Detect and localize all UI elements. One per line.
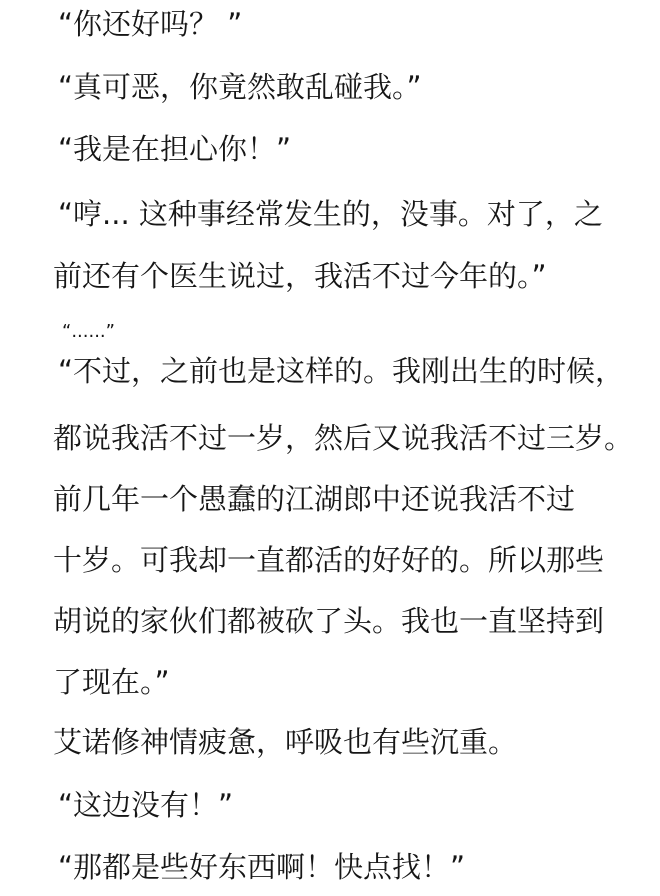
dialogue-line-4: “哼... 这种事经常发生的，没事。对了，之 [58, 196, 603, 232]
ellipsis-line: “......” [62, 322, 115, 342]
dialogue-line-5: 前还有个医生说过，我活不过今年的。” [53, 258, 547, 294]
document-page: “你还好吗？ ” “真可恶，你竟然敢乱碰我。” “我是在担心你！” “哼... … [0, 0, 660, 896]
dialogue-line-9: 十岁。可我却一直都活的好好的。所以那些 [53, 542, 604, 578]
dialogue-line-12: “这边没有！” [58, 787, 233, 823]
dialogue-line-7: 都说我活不过一岁，然后又说我活不过三岁。 [53, 420, 633, 456]
dialogue-line-11: 了现在。” [53, 664, 170, 700]
narration-line: 艾诺修神情疲惫，呼吸也有些沉重。 [53, 724, 517, 760]
dialogue-line-6: “不过，之前也是这样的。我刚出生的时候， [58, 353, 624, 389]
dialogue-line-3: “我是在担心你！” [58, 131, 291, 167]
dialogue-line-13: “那都是些好东西啊！快点找！” [58, 849, 465, 885]
dialogue-line-2: “真可恶，你竟然敢乱碰我。” [58, 69, 422, 105]
dialogue-line-1: “你还好吗？ ” [58, 6, 242, 42]
dialogue-line-8: 前几年一个愚蠢的江湖郎中还说我活不过 [53, 481, 575, 517]
dialogue-line-10: 胡说的家伙们都被砍了头。我也一直坚持到 [53, 603, 604, 639]
